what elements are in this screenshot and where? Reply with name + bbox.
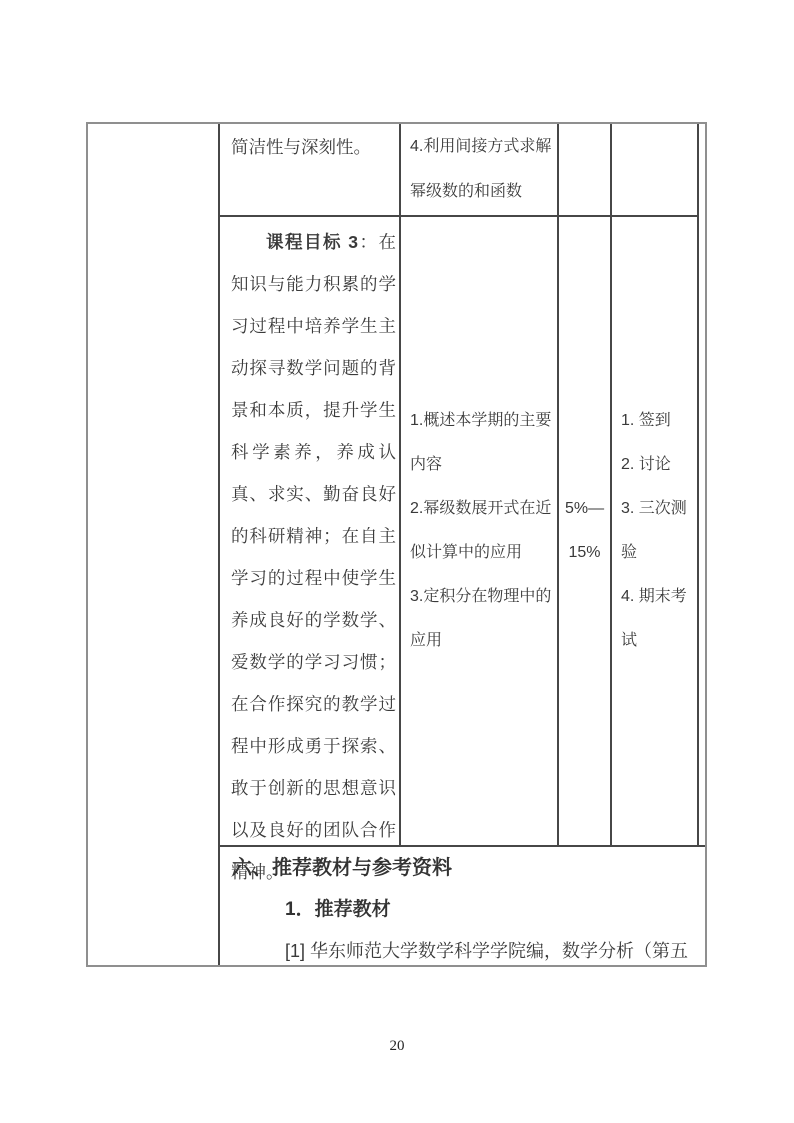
section-heading: 六、推荐教材与参考资料 [232,855,705,881]
weight-line: 5%— [559,487,610,531]
assessment-item: 4. 期末考试 [621,575,694,663]
objective-text: ：在知识与能力积累的学习过程中培养学生主动探寻数学问题的背景和本质，提升学生科学… [231,232,396,882]
cell-content-item-4: 4.利用间接方式求解幂级数的和函数 [401,124,557,215]
objective-label: 课程目标 3 [266,232,358,252]
assessment-item: 1. 签到 [621,399,694,443]
content-item: 1.概述本学期的主要内容 [410,399,553,487]
table-border-col5 [697,124,699,845]
document-page: { "colors": { "text": "#3a3a3a", "inner_… [0,0,794,1123]
weight-line: 15% [559,531,610,575]
table-body: 简洁性与深刻性。 4.利用间接方式求解幂级数的和函数 课程目标 3：在知识与能力… [88,124,705,965]
objective-paragraph: 课程目标 3：在知识与能力积累的学习过程中培养学生主动探寻数学问题的背景和本质，… [231,221,396,893]
cell-weight-percent: 5%—15% [559,217,610,845]
content-item: 2.幂级数展开式在近似计算中的应用 [410,487,553,575]
cell-teaching-content: 1.概述本学期的主要内容2.幂级数展开式在近似计算中的应用3.定积分在物理中的应… [401,217,557,845]
content-item: 3.定积分在物理中的应用 [410,575,553,663]
page-table-frame: 简洁性与深刻性。 4.利用间接方式求解幂级数的和函数 课程目标 3：在知识与能力… [86,122,707,967]
section-subheading: 1．推荐教材 [285,897,705,923]
assessment-item: 2. 讨论 [621,443,694,487]
cell-assessment-methods: 1. 签到2. 讨论3. 三次测验4. 期末考试 [612,217,697,845]
section-recommended-materials: 六、推荐教材与参考资料 1．推荐教材 [1] 华东师范大学数学科学学院编，数学分… [220,847,705,965]
assessment-item: 3. 三次测验 [621,487,694,575]
page-number: 20 [0,1036,794,1056]
cell-course-objective-3: 课程目标 3：在知识与能力积累的学习过程中培养学生主动探寻数学问题的背景和本质，… [220,217,399,845]
cell-objective-summary: 简洁性与深刻性。 [220,124,399,215]
reference-entry-1: [1] 华东师范大学数学科学学院编，数学分析（第五 [285,939,705,963]
